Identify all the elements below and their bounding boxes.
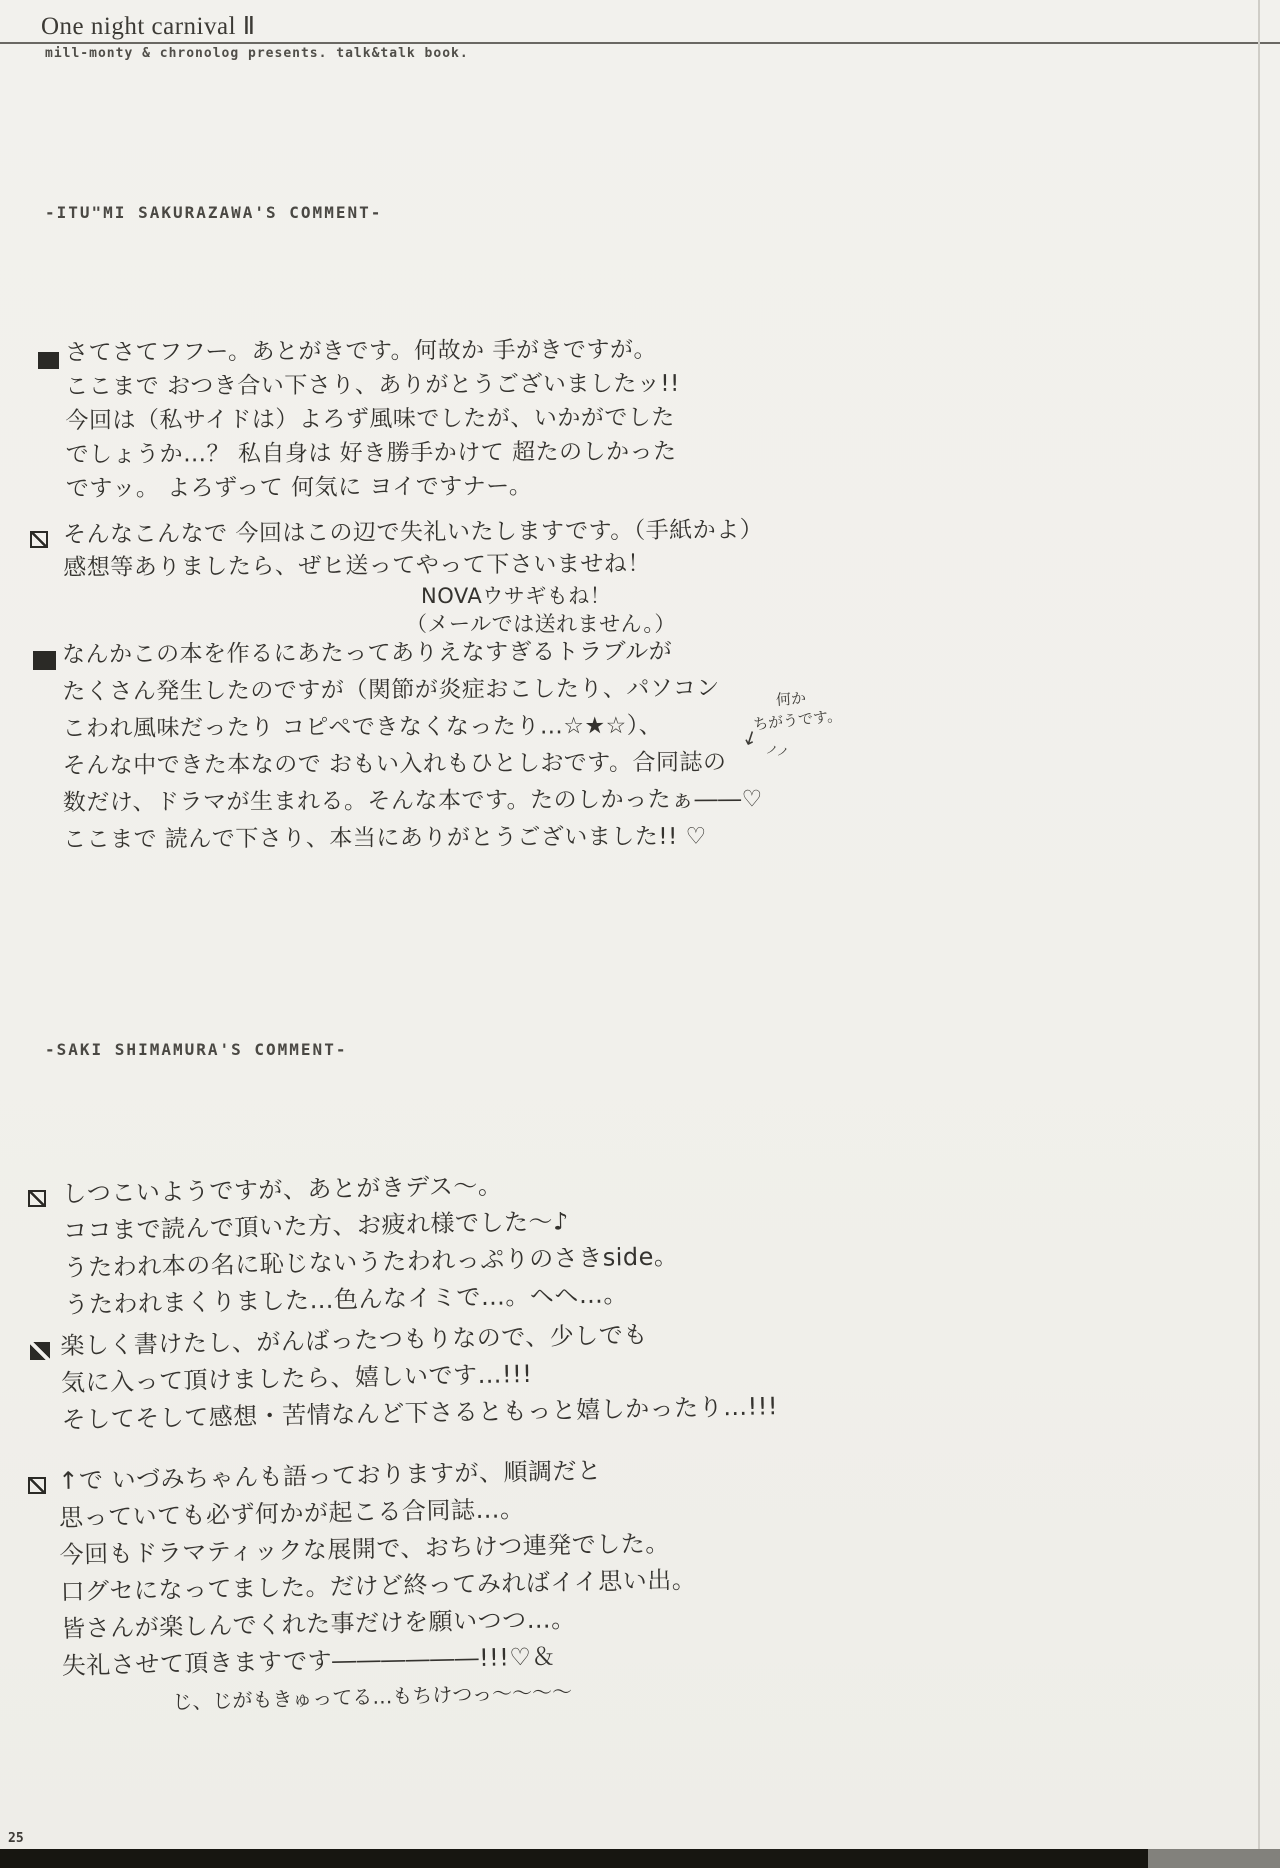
slashed-square-bullet-icon (28, 1477, 46, 1494)
filled-slashed-square-bullet-icon (30, 1342, 50, 1360)
page-number: 25 (8, 1831, 24, 1846)
tick-marks-icon: ノノ (765, 740, 791, 761)
handwritten-line: 今回は（私サイドは）よろず風味でしたが、いかがでした (65, 401, 680, 438)
handwritten-line: 感想等ありましたら、ぜヒ送ってやって下さいませね！ (63, 547, 763, 585)
bottom-gray-bar (1148, 1849, 1280, 1868)
handwritten-line: たくさん発生したのですが（関節が炎症おこしたり、パソコン (62, 670, 762, 711)
header-rule (0, 42, 1280, 44)
handwritten-line: 数だけ、ドラマが生まれる。そんな本です。たのしかったぁ――♡ (63, 781, 763, 822)
book-subtitle: mill-monty & chronolog presents. talk&ta… (45, 46, 469, 61)
section-heading-itumi: -ITU"MI SAKURAZAWA'S COMMENT- (45, 203, 382, 222)
saki-paragraph-2: 楽しく書けたし、がんばったつもりなので、少しでも気に入って頂けましたら、嬉しいで… (60, 1314, 778, 1439)
handwritten-line: こわれ風味だったり コピペできなくなったり…☆★☆）、 (62, 707, 762, 748)
book-title: One night carnival Ⅱ (41, 11, 256, 41)
itumi-paragraph-1: さてさてフフー。あとがきです。何故か 手がきですが。ここまで おつき合い下さり、… (65, 333, 680, 506)
page-edge-line (1258, 0, 1260, 1849)
handwritten-line: さてさてフフー。あとがきです。何故か 手がきですが。 (65, 333, 680, 370)
filled-square-bullet-icon (38, 352, 59, 369)
itumi-paragraph-3: なんかこの本を作るにあたってありえなすぎるトラブルがたくさん発生したのですが（関… (62, 633, 763, 859)
slashed-square-bullet-icon (30, 531, 48, 548)
handwritten-line: ですッ。 よろずって 何気に ヨイですナー。 (66, 469, 681, 506)
margin-note-line2: ちがうです。 (752, 704, 843, 734)
handwritten-line: ここまで おつき合い下さり、ありがとうございましたッ!! (65, 367, 680, 404)
slashed-square-bullet-icon (28, 1190, 46, 1207)
nova-annotation: NOVAウサギもね！ (421, 580, 611, 610)
margin-note-line1: 何か (775, 687, 806, 710)
section-heading-saki: -SAKI SHIMAMURA'S COMMENT- (45, 1040, 347, 1059)
handwritten-line: ここまで 読んで下さり、本当にありがとうございました!! ♡ (63, 818, 763, 859)
itumi-paragraph-2: そんなこんなで 今回はこの辺で失礼いたしますです。（手紙かよ）感想等ありましたら… (63, 514, 764, 585)
handwritten-line: でしょうか…？ 私自身は 好き勝手かけて 超たのしかった (66, 435, 681, 472)
bottom-black-bar (0, 1849, 1148, 1868)
saki-paragraph-1: しつこいようですが、あとがきデス～。ココまで読んで頂いた方、お疲れ様でした～♪う… (62, 1164, 679, 1324)
scanned-page: One night carnival Ⅱ mill-monty & chrono… (0, 0, 1280, 1868)
saki-paragraph-3: ↑で いづみちゃんも語っておりますが、順調だと思っていても必ず何かが起こる合同誌… (58, 1451, 698, 1685)
filled-square-bullet-icon (33, 651, 56, 670)
handwritten-line: なんかこの本を作るにあたってありえなすぎるトラブルが (62, 633, 762, 674)
handwritten-line: そんな中できた本なので おもい入れもひとしおです。合同誌の (63, 744, 763, 785)
handwritten-line: そんなこんなで 今回はこの辺で失礼いたしますです。（手紙かよ） (63, 514, 763, 552)
